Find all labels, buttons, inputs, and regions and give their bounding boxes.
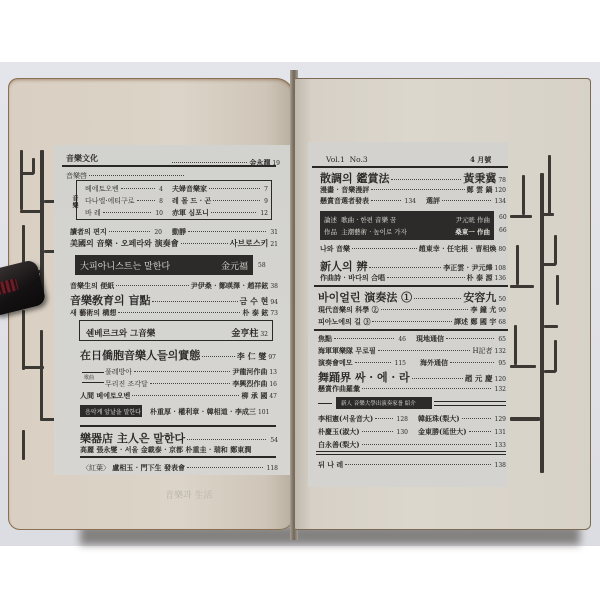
toc-row: 懸賞音選者發表134 xyxy=(320,196,416,206)
toc-row: 金東勝(延世大)131 xyxy=(418,427,506,437)
page-row: 66 xyxy=(497,227,507,234)
toc-title: 動靜 xyxy=(172,227,186,237)
page-number: 134 xyxy=(495,198,506,205)
issue-month-row: 4 月號 xyxy=(470,155,491,165)
toc-title: 나와 音樂 xyxy=(320,244,350,254)
toc-title: 音樂生의 便紙 xyxy=(70,281,114,291)
page-number: 132 xyxy=(495,386,506,393)
toc-title: 베에토오벤 xyxy=(85,184,119,194)
graduate-name: 金東勝(延世大) xyxy=(418,427,467,437)
toc-row: 懸賞作曲羅彙132 xyxy=(318,384,506,394)
toc-author: 趙東幸 · 任宅根 · 曺相煥 xyxy=(419,244,497,254)
toc-row: 赤軍 심포니12 xyxy=(172,208,268,218)
toc-title: 舞踊界 싸 · 에 · 라 xyxy=(318,369,410,385)
ghost-stamp: 音樂과 生活 xyxy=(165,488,213,501)
page-number: 65 xyxy=(498,336,506,343)
toc-title: 人間 베에토오벤 xyxy=(80,391,130,401)
volume-row: Vol.1 No.3 xyxy=(326,155,368,164)
toc-title: 大피아니스트는 말한다 xyxy=(80,259,170,272)
page-number: 115 xyxy=(395,360,406,367)
page-number: 8 xyxy=(159,198,163,205)
toc-title: 새 藝術의 構想 xyxy=(70,308,116,318)
featured-row: 論述 歌曲 · 한편 音樂 꿈 尹元晄 作曲 xyxy=(324,215,490,224)
toc-row: 海軍軍樂隊 무로필H記者132 xyxy=(318,346,506,356)
toc-author: 安容九 xyxy=(463,289,496,305)
toc-row: 音樂生의 便紙尹伊桑 · 鄭暎澤 · 趙祥鉉38 xyxy=(70,281,278,291)
page-number: 13 xyxy=(269,369,277,376)
toc-author: 李正雲 · 尹元燁 xyxy=(443,263,492,273)
toc-title: 바이얼린 演奏法 ① xyxy=(318,289,412,305)
divider xyxy=(316,454,506,455)
toc-row: 讀者의 편지20 xyxy=(70,227,162,237)
vertical-label: 音樂 xyxy=(70,195,79,209)
toc-title: 뒤 나 레 xyxy=(318,460,343,470)
toc-row: 新人의 辨李正雲 · 尹元燁108 xyxy=(320,258,506,274)
page-number: 60 xyxy=(499,214,507,221)
toc-row: 바 레10 xyxy=(85,208,163,218)
toc-row: 피아노에의 길 ③譯述 鄭 國 宇68 xyxy=(318,317,506,327)
page-number: 80 xyxy=(498,246,506,253)
toc-title: 現地通信 xyxy=(416,334,444,344)
toc-author: 譯述 鄭 國 宇 xyxy=(454,317,496,327)
songs-label-row: 歌曲 xyxy=(84,374,94,381)
toc-row: 다나엘·에티구로8 xyxy=(85,196,163,206)
page-number: 10 xyxy=(155,210,163,217)
discussion-label: 음악계 앞날을 말한다 xyxy=(85,407,141,416)
page-number: 68 xyxy=(498,319,506,326)
page-number: 120 xyxy=(495,187,506,194)
toc-author: 朴 泰 鉉 xyxy=(242,308,268,318)
toc-title: 樂器店 主人은 말한다 xyxy=(80,430,185,446)
section-author: 金永潤 xyxy=(249,158,270,168)
page-number: 130 xyxy=(397,429,408,436)
featured-title: 歌曲 · 한편 音樂 꿈 xyxy=(341,216,396,224)
page-number: 21 xyxy=(270,241,278,248)
section-title: 音樂文化 xyxy=(66,153,98,164)
toc-title: 美國의 音樂 · 오페라와 演奏會 xyxy=(70,238,179,249)
divider xyxy=(80,425,276,427)
page-number: 66 xyxy=(499,227,507,234)
page-number: 19 xyxy=(272,160,280,167)
toc-row: 海外通信95 xyxy=(420,358,506,368)
featured-author: 尹元晄 作曲 xyxy=(455,215,490,224)
toc-title: 무리진 조각달 xyxy=(105,379,148,389)
toc-author: 朴 泰 源 xyxy=(467,273,493,283)
featured-label: 作品 xyxy=(324,228,337,236)
page-number: 78 xyxy=(498,177,506,184)
graduate-name: 白永善(梨大) xyxy=(318,440,360,450)
page-number: 7 xyxy=(264,186,268,193)
page-number: 54 xyxy=(270,437,278,444)
page-number: 118 xyxy=(267,465,278,472)
toc-label: 〈紅葉〉 xyxy=(82,463,110,473)
page-number: 32 xyxy=(260,331,268,338)
page-row: 60 xyxy=(497,214,507,221)
toc-row: 朴慶玉(淑大)130 xyxy=(318,427,408,437)
page-number: 58 xyxy=(258,262,266,269)
divider xyxy=(80,456,276,458)
divider xyxy=(312,166,508,168)
page-number: 16 xyxy=(269,381,277,388)
toc-row: 舞踊界 싸 · 에 · 라趙 元 慶120 xyxy=(318,369,506,385)
toc-row: 演奏會메모115 xyxy=(318,358,406,368)
graduate-name: 朴慶玉(淑大) xyxy=(318,427,360,437)
page-number: 95 xyxy=(498,360,506,367)
divider xyxy=(82,382,104,383)
toc-title: 新人의 辨 xyxy=(320,258,367,274)
toc-row: 韓鈺珠(梨大)129 xyxy=(418,414,506,424)
issue-month: 4 月號 xyxy=(470,155,491,165)
featured-title: 主潮藝術 · 높이로 가자 xyxy=(341,228,407,236)
toc-author: 趙 元 慶 xyxy=(465,373,493,384)
page-number: 4 xyxy=(159,186,163,193)
page-number: 131 xyxy=(495,429,506,436)
toc-title: 바 레 xyxy=(85,208,101,218)
page-number: 47 xyxy=(269,393,277,400)
toc-row: 李相憲(서울音大)128 xyxy=(318,414,408,424)
divider xyxy=(82,372,104,373)
toc-title: 盧相玉 · 門下生 發表會 xyxy=(112,463,185,473)
toc-title: 피아노에의 길 ③ xyxy=(318,317,370,327)
toc-title: 海外通信 xyxy=(420,358,448,368)
toc-author: 朴重厚 · 權利章 · 韓相道 · 李成三 xyxy=(150,407,256,417)
toc-row: 焦點46 xyxy=(318,334,406,344)
section-title-row: 音樂文化 xyxy=(66,153,98,164)
page-number: 129 xyxy=(495,416,506,423)
toc-row: 現代音樂의 科學 ②李 鐘 尤90 xyxy=(318,305,506,315)
toc-row: 高麗 張永燮 · 서울 金載泰 · 京都 朴重圭 · 瑞和 鄭東潤 xyxy=(80,445,278,455)
page-number: 108 xyxy=(495,265,506,272)
toc-title: 다나엘·에티구로 xyxy=(85,196,135,206)
toc-row: 現地通信65 xyxy=(416,334,506,344)
toc-title: 在日僑胞音樂人들의實態 xyxy=(80,347,200,363)
toc-row: 새 藝術의 構想朴 泰 鉉73 xyxy=(70,308,278,318)
page-number: 132 xyxy=(495,348,506,355)
toc-author: 李 鐘 尤 xyxy=(470,305,496,315)
featured-author: 桑東一 作曲 xyxy=(455,227,490,236)
toc-row: 音樂敎育의 盲點금 수 현94 xyxy=(70,292,278,308)
toc-row: 漫畵 · 音樂漫評鄭 雲 鍋120 xyxy=(320,185,506,195)
issue-number: No.3 xyxy=(350,155,368,164)
toc-row: 뒤 나 레138 xyxy=(318,460,506,470)
page-number: 133 xyxy=(495,442,506,449)
toc-author: 李 仁 燮 xyxy=(237,351,267,362)
page-number: 101 xyxy=(258,409,269,416)
page-number: 134 xyxy=(405,198,416,205)
toc-title: 쉔베르크와 그音樂 xyxy=(86,327,155,339)
featured-works-box: 論述 歌曲 · 한편 音樂 꿈 尹元晄 作曲 作品 主潮藝術 · 높이로 가자 … xyxy=(320,211,494,240)
toc-title: 演奏會메모 xyxy=(318,358,353,368)
featured-label: 論述 xyxy=(324,216,337,224)
toc-title: 懸賞音選者發表 xyxy=(320,196,369,206)
toc-row: 人間 베에토오벤柳 承 國47 xyxy=(80,391,277,401)
page-number: 128 xyxy=(397,416,408,423)
toc-title: 풀레방아 xyxy=(105,367,132,377)
highlight-box: 大피아니스트는 말한다 金元福 xyxy=(75,255,253,275)
featured-row: 作品 主潮藝術 · 높이로 가자 桑東一 作曲 xyxy=(324,227,490,236)
graduates-banner-text: 新人 音樂大學出演奏家를 紹介 xyxy=(341,399,416,407)
toc-row: 무리진 조각달李興烈作曲16 xyxy=(105,379,277,389)
toc-title: 漫畵 · 音樂漫評 xyxy=(320,185,369,195)
divider xyxy=(434,401,506,402)
toc-row: 베에토오벤4 xyxy=(85,184,163,194)
toc-row: 바이얼린 演奏法 ①安容九50 xyxy=(318,289,506,305)
toc-row: 選評134 xyxy=(426,196,506,206)
page-number: 120 xyxy=(495,376,506,383)
toc-row: 散調의 鑑賞法黃秉冀78 xyxy=(320,170,506,186)
divider xyxy=(314,329,508,331)
divider xyxy=(434,405,506,406)
toc-title: 散調의 鑑賞法 xyxy=(320,170,389,186)
toc-row: 〈紅葉〉 盧相玉 · 門下生 發表會118 xyxy=(82,463,278,473)
toc-title: 赤軍 심포니 xyxy=(172,208,209,218)
toc-author: 金元福 xyxy=(221,259,248,272)
page-row: 58 xyxy=(256,262,266,269)
toc-row: 美國의 音樂 · 오페라와 演奏會사브로스키21 xyxy=(70,238,278,249)
toc-row: 쉔베르크와 그音樂金亨柱32 xyxy=(86,326,268,339)
discussion-label-box: 음악계 앞날을 말한다 xyxy=(80,405,142,417)
toc-author: 柳 承 國 xyxy=(241,391,267,401)
toc-row: 朴重厚 · 權利章 · 韓相道 · 李成三101 xyxy=(150,407,280,417)
divider xyxy=(316,451,506,452)
volume-label: Vol.1 xyxy=(326,155,345,164)
toc-row: 動靜31 xyxy=(172,227,278,237)
page-number: 97 xyxy=(268,354,276,361)
toc-row: 夫婦音樂家7 xyxy=(172,184,268,194)
toc-title: 現代音樂의 科學 ② xyxy=(318,305,379,315)
toc-title: 레 몰 드 · 곤 xyxy=(172,196,211,206)
divider xyxy=(314,285,508,287)
toc-title: 音樂敎育의 盲點 xyxy=(70,292,150,308)
toc-author: 高麗 張永燮 · 서울 金載泰 · 京都 朴重圭 · 瑞和 鄭東潤 xyxy=(80,445,251,455)
toc-author: H記者 xyxy=(472,346,492,356)
songs-label: 歌曲 xyxy=(84,374,94,381)
toc-row: 白永善(梨大)133 xyxy=(318,440,506,450)
page-number: 9 xyxy=(264,198,268,205)
toc-title: 海軍軍樂隊 무로필 xyxy=(318,346,376,356)
page-number: 12 xyxy=(260,210,268,217)
page-number: 73 xyxy=(270,310,278,317)
toc-author: 사브로스키 xyxy=(230,238,269,249)
toc-author: 金亨柱 xyxy=(231,326,258,339)
toc-author: 李興烈作曲 xyxy=(232,379,267,389)
toc-author: 尹龍河作曲 xyxy=(232,367,267,377)
page-number: 138 xyxy=(495,462,506,469)
toc-title: 讀者의 편지 xyxy=(70,227,107,237)
graduate-name: 韓鈺珠(梨大) xyxy=(418,414,460,424)
toc-title: 懸賞作曲羅彙 xyxy=(318,384,360,394)
toc-title: 作曲詩 · 바다의 合唱 xyxy=(320,273,385,283)
toc-row: 樂器店 主人은 말한다54 xyxy=(80,430,278,446)
page-number: 31 xyxy=(270,229,278,236)
toc-row: 레 몰 드 · 곤9 xyxy=(172,196,268,206)
section-author-row: 金永潤 19 xyxy=(170,158,280,168)
toc-title: 焦點 xyxy=(318,334,332,344)
toc-title: 夫婦音樂家 xyxy=(172,184,207,194)
page-number: 38 xyxy=(270,283,278,290)
page-number: 136 xyxy=(495,275,506,282)
toc-row: 나와 音樂趙東幸 · 任宅根 · 曺相煥80 xyxy=(320,244,506,254)
divider xyxy=(318,403,332,404)
toc-row: 作曲詩 · 바다의 合唱朴 泰 源136 xyxy=(320,273,506,283)
toc-author: 금 수 현 xyxy=(240,296,269,307)
toc-row: 在日僑胞音樂人들의實態李 仁 燮97 xyxy=(80,347,276,363)
page-number: 94 xyxy=(270,299,278,306)
page-number: 20 xyxy=(154,229,162,236)
toc-author: 鄭 雲 鍋 xyxy=(467,185,493,195)
graduate-name: 李相憲(서울音大) xyxy=(318,414,373,424)
page-number: 46 xyxy=(398,336,406,343)
toc-author: 尹伊桑 · 鄭暎澤 · 趙祥鉉 xyxy=(191,281,269,291)
toc-title: 選評 xyxy=(426,196,440,206)
page-number: 90 xyxy=(498,307,506,314)
graduates-banner: 新人 音樂大學出演奏家를 紹介 xyxy=(336,397,432,409)
page-number: 50 xyxy=(498,296,506,303)
toc-author: 黃秉冀 xyxy=(463,170,496,186)
toc-row: 풀레방아尹龍河作曲13 xyxy=(105,367,277,377)
